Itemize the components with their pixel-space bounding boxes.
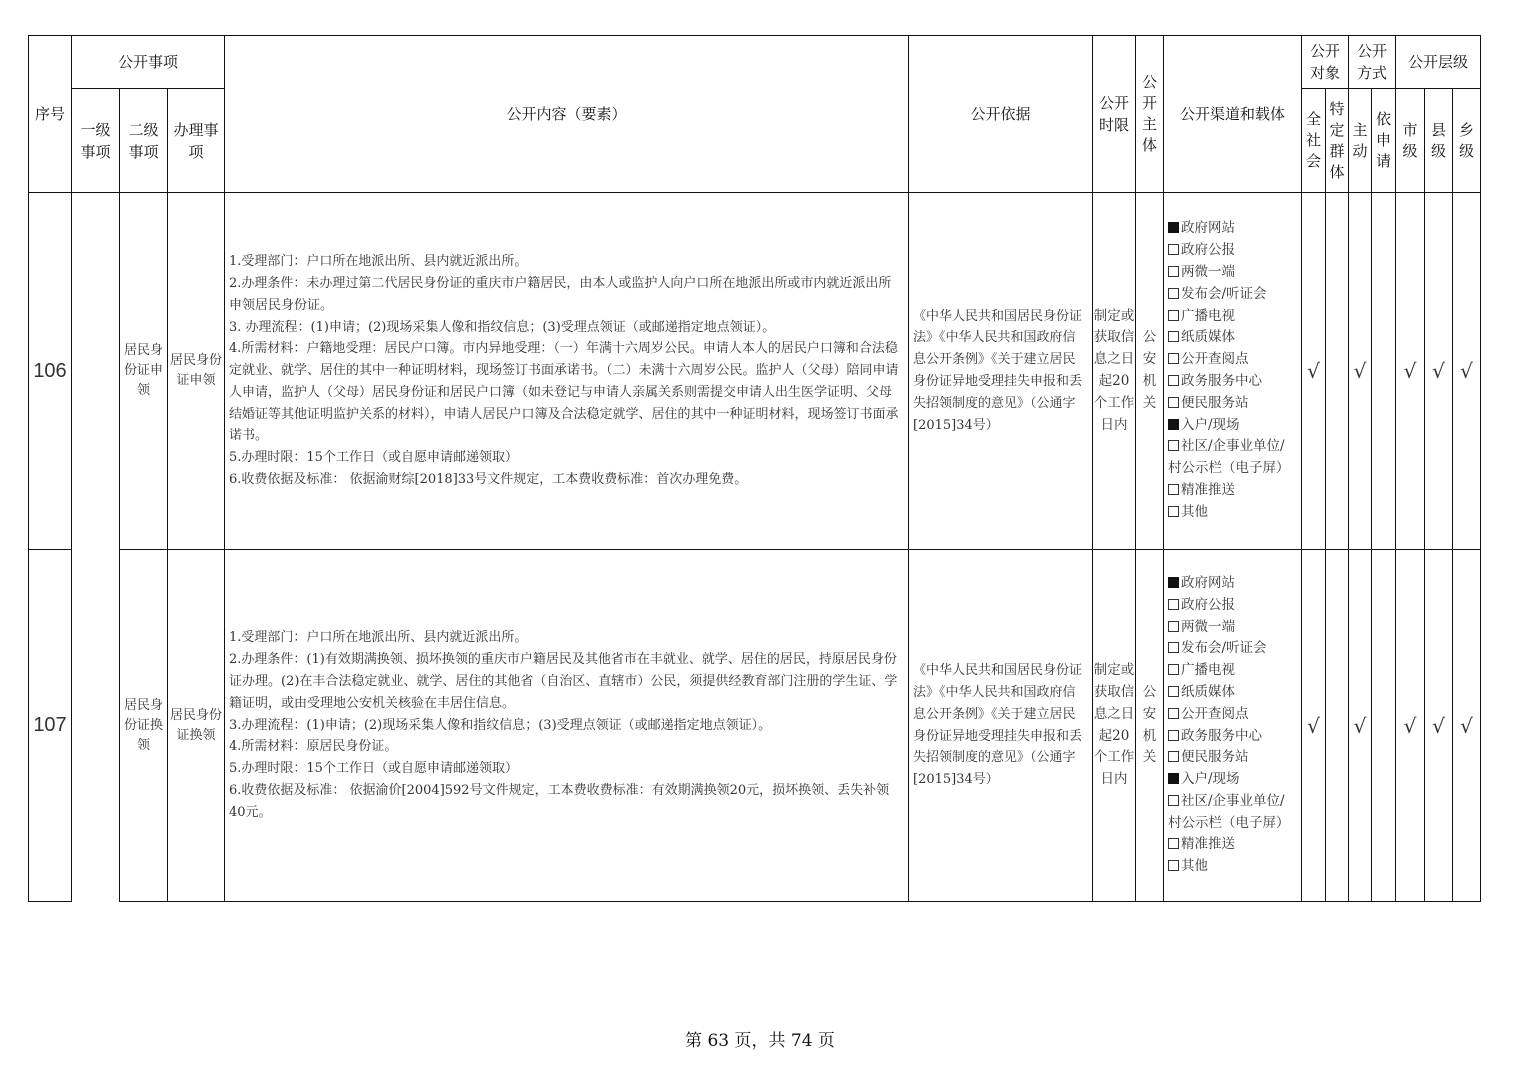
checked-box-icon bbox=[1168, 222, 1179, 233]
content-line: 1.受理部门：户口所在地派出所、县内就近派出所。 bbox=[229, 251, 904, 273]
unchecked-box-icon bbox=[1168, 838, 1179, 849]
row-level2: 居民身份证申领 bbox=[120, 193, 168, 550]
channel-item: 广播电视 bbox=[1168, 306, 1297, 328]
header-method-request: 依申请 bbox=[1372, 89, 1396, 193]
checkmark-icon: √ bbox=[1396, 550, 1425, 902]
content-line: 5.办理时限：15个工作日（或自愿申请邮递领取） bbox=[229, 447, 904, 469]
row-subject: 公安机关 bbox=[1136, 193, 1164, 550]
row-handle: 居民身份证换领 bbox=[168, 550, 225, 902]
method-request-cell bbox=[1372, 550, 1396, 902]
header-time-limit: 公开时限 bbox=[1093, 36, 1136, 193]
unchecked-box-icon bbox=[1168, 331, 1179, 342]
row-seq: 106 bbox=[29, 193, 72, 550]
checkmark-icon: √ bbox=[1425, 193, 1453, 550]
channel-item: 纸质媒体 bbox=[1168, 327, 1297, 349]
row-time-limit: 制定或获取信息之日起20个工作日内 bbox=[1093, 550, 1136, 902]
channel-item: 政府网站 bbox=[1168, 573, 1297, 595]
header-level-city: 市级 bbox=[1396, 89, 1425, 193]
header-handle: 办理事项 bbox=[168, 89, 225, 193]
row-channels: 政府网站 政府公报 两微一端 发布会/听证会 广播电视 纸质媒体 公开查阅点 政… bbox=[1164, 193, 1302, 550]
channel-item: 社区/企事业单位/村公示栏（电子屏） bbox=[1168, 791, 1297, 835]
channel-item: 政府网站 bbox=[1168, 218, 1297, 240]
unchecked-box-icon bbox=[1168, 244, 1179, 255]
unchecked-box-icon bbox=[1168, 484, 1179, 495]
header-channels: 公开渠道和载体 bbox=[1164, 36, 1302, 193]
unchecked-box-icon bbox=[1168, 730, 1179, 741]
unchecked-box-icon bbox=[1168, 288, 1179, 299]
row-subject: 公安机关 bbox=[1136, 550, 1164, 902]
row-level2: 居民身份证换领 bbox=[120, 550, 168, 902]
channel-item: 精准推送 bbox=[1168, 480, 1297, 502]
method-request-cell bbox=[1372, 193, 1396, 550]
checkmark-icon: √ bbox=[1302, 550, 1326, 902]
content-line: 4.所需材料：原居民身份证。 bbox=[229, 736, 904, 758]
channel-item: 两微一端 bbox=[1168, 262, 1297, 284]
content-line: 4.所需材料：户籍地受理：居民户口簿。市内异地受理：（一）年满十六周岁公民。申请… bbox=[229, 338, 904, 447]
row-time-limit: 制定或获取信息之日起20个工作日内 bbox=[1093, 193, 1136, 550]
table-row: 107 居民身份证换领 居民身份证换领 1.受理部门：户口所在地派出所、县内就近… bbox=[29, 550, 1481, 902]
header-seq: 序号 bbox=[29, 36, 72, 193]
channel-item: 发布会/听证会 bbox=[1168, 638, 1297, 660]
row-channels: 政府网站 政府公报 两微一端 发布会/听证会 广播电视 纸质媒体 公开查阅点 政… bbox=[1164, 550, 1302, 902]
header-level-town: 乡级 bbox=[1453, 89, 1481, 193]
unchecked-box-icon bbox=[1168, 795, 1179, 806]
header-level: 公开层级 bbox=[1396, 36, 1481, 89]
channel-item: 两微一端 bbox=[1168, 617, 1297, 639]
channel-item: 精准推送 bbox=[1168, 834, 1297, 856]
unchecked-box-icon bbox=[1168, 310, 1179, 321]
unchecked-box-icon bbox=[1168, 708, 1179, 719]
header-public-items: 公开事项 bbox=[72, 36, 225, 89]
channel-item: 政府公报 bbox=[1168, 240, 1297, 262]
channel-item: 广播电视 bbox=[1168, 660, 1297, 682]
checkmark-icon: √ bbox=[1302, 193, 1326, 550]
channel-item: 其他 bbox=[1168, 502, 1297, 524]
channel-item: 入户/现场 bbox=[1168, 769, 1297, 791]
unchecked-box-icon bbox=[1168, 642, 1179, 653]
content-line: 2.办理条件：未办理过第二代居民身份证的重庆市户籍居民，由本人或监护人向户口所在… bbox=[229, 273, 904, 317]
unchecked-box-icon bbox=[1168, 506, 1179, 517]
header-object-specific: 特定群体 bbox=[1326, 89, 1349, 193]
disclosure-table: 序号 公开事项 公开内容（要素） 公开依据 公开时限 公开主体 公开渠道和载体 … bbox=[28, 35, 1481, 902]
channel-item: 发布会/听证会 bbox=[1168, 284, 1297, 306]
header-subject: 公开主体 bbox=[1136, 36, 1164, 193]
header-method: 公开方式 bbox=[1349, 36, 1396, 89]
channel-item: 社区/企事业单位/村公示栏（电子屏） bbox=[1168, 436, 1297, 480]
channel-item: 政府公报 bbox=[1168, 595, 1297, 617]
content-line: 1.受理部门：户口所在地派出所、县内就近派出所。 bbox=[229, 627, 904, 649]
content-line: 5.办理时限：15个工作日（或自愿申请邮递领取） bbox=[229, 758, 904, 780]
checked-box-icon bbox=[1168, 773, 1179, 784]
channel-item: 公开查阅点 bbox=[1168, 349, 1297, 371]
checkmark-icon: √ bbox=[1396, 193, 1425, 550]
header-basis: 公开依据 bbox=[909, 36, 1093, 193]
unchecked-box-icon bbox=[1168, 440, 1179, 451]
table-row: 106 居民身份证申领 居民身份证申领 1.受理部门：户口所在地派出所、县内就近… bbox=[29, 193, 1481, 550]
checkmark-icon: √ bbox=[1425, 550, 1453, 902]
unchecked-box-icon bbox=[1168, 751, 1179, 762]
channel-item: 纸质媒体 bbox=[1168, 682, 1297, 704]
header-method-active: 主动 bbox=[1349, 89, 1372, 193]
channel-item: 入户/现场 bbox=[1168, 415, 1297, 437]
header-level1: 一级事项 bbox=[72, 89, 120, 193]
object-specific-cell bbox=[1326, 193, 1349, 550]
channel-item: 便民服务站 bbox=[1168, 393, 1297, 415]
checkmark-icon: √ bbox=[1349, 550, 1372, 902]
checkmark-icon: √ bbox=[1453, 550, 1481, 902]
page-number: 第 63 页，共 74 页 bbox=[0, 1026, 1520, 1051]
header-object: 公开对象 bbox=[1302, 36, 1349, 89]
header-content: 公开内容（要素） bbox=[225, 36, 909, 193]
content-line: 3.办理流程：(1)申请；(2)现场采集人像和指纹信息；(3)受理点领证（或邮递… bbox=[229, 715, 904, 737]
row-seq: 107 bbox=[29, 550, 72, 902]
unchecked-box-icon bbox=[1168, 621, 1179, 632]
checked-box-icon bbox=[1168, 419, 1179, 430]
content-line: 3. 办理流程：(1)申请；(2)现场采集人像和指纹信息；(3)受理点领证（或邮… bbox=[229, 317, 904, 339]
channel-item: 政务服务中心 bbox=[1168, 371, 1297, 393]
content-line: 2.办理条件：(1)有效期满换领、损坏换领的重庆市户籍居民及其他省市在丰就业、就… bbox=[229, 649, 904, 714]
checkmark-icon: √ bbox=[1453, 193, 1481, 550]
channel-item: 公开查阅点 bbox=[1168, 704, 1297, 726]
row-basis: 《中华人民共和国居民身份证法》《中华人民共和国政府信息公开条例》《关于建立居民身… bbox=[909, 193, 1093, 550]
row-content: 1.受理部门：户口所在地派出所、县内就近派出所。 2.办理条件：未办理过第二代居… bbox=[225, 193, 909, 550]
document-page: 序号 公开事项 公开内容（要素） 公开依据 公开时限 公开主体 公开渠道和载体 … bbox=[0, 0, 1520, 1074]
row-level1 bbox=[72, 193, 120, 902]
unchecked-box-icon bbox=[1168, 860, 1179, 871]
header-level2: 二级事项 bbox=[120, 89, 168, 193]
header-level-county: 县级 bbox=[1425, 89, 1453, 193]
object-specific-cell bbox=[1326, 550, 1349, 902]
unchecked-box-icon bbox=[1168, 375, 1179, 386]
row-handle: 居民身份证申领 bbox=[168, 193, 225, 550]
unchecked-box-icon bbox=[1168, 397, 1179, 408]
channel-item: 政务服务中心 bbox=[1168, 726, 1297, 748]
content-line: 6.收费依据及标准： 依据渝财综[2018]33号文件规定，工本费收费标准：首次… bbox=[229, 469, 904, 491]
row-content: 1.受理部门：户口所在地派出所、县内就近派出所。 2.办理条件：(1)有效期满换… bbox=[225, 550, 909, 902]
channel-item: 其他 bbox=[1168, 856, 1297, 878]
unchecked-box-icon bbox=[1168, 266, 1179, 277]
checked-box-icon bbox=[1168, 577, 1179, 588]
unchecked-box-icon bbox=[1168, 353, 1179, 364]
header-object-all: 全社会 bbox=[1302, 89, 1326, 193]
checkmark-icon: √ bbox=[1349, 193, 1372, 550]
content-line: 6.收费依据及标准： 依据渝价[2004]592号文件规定，工本费收费标准：有效… bbox=[229, 780, 904, 824]
unchecked-box-icon bbox=[1168, 599, 1179, 610]
channel-item: 便民服务站 bbox=[1168, 747, 1297, 769]
unchecked-box-icon bbox=[1168, 686, 1179, 697]
unchecked-box-icon bbox=[1168, 664, 1179, 675]
row-basis: 《中华人民共和国居民身份证法》《中华人民共和国政府信息公开条例》《关于建立居民身… bbox=[909, 550, 1093, 902]
